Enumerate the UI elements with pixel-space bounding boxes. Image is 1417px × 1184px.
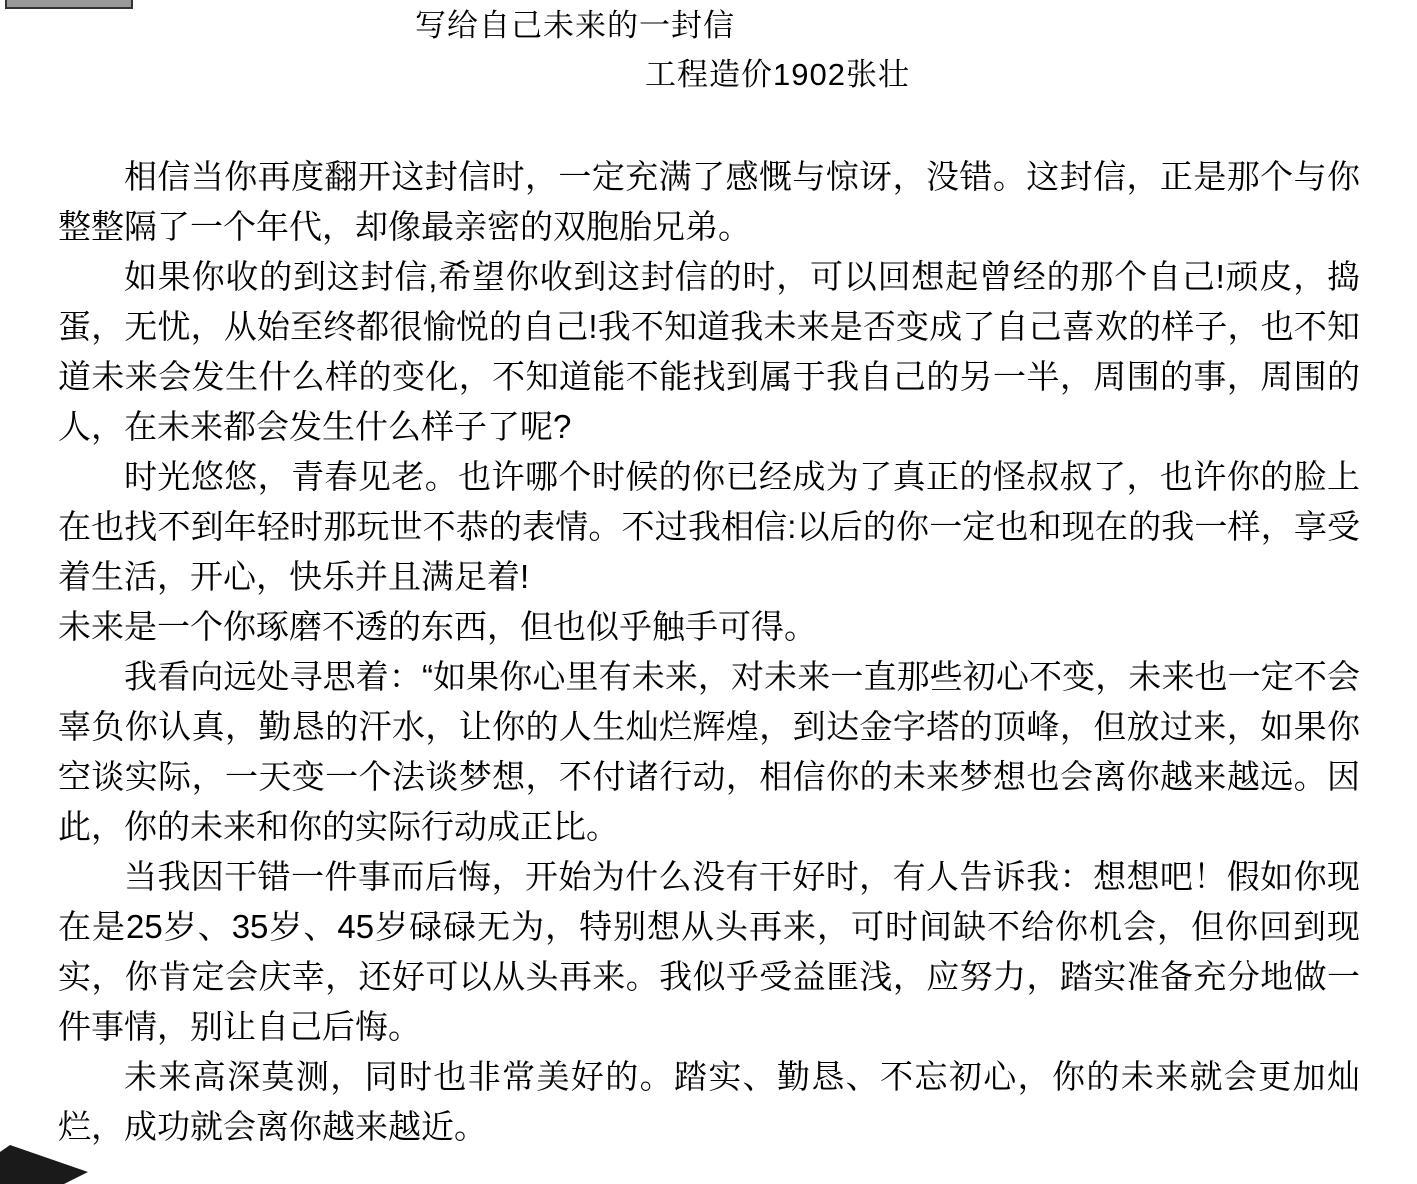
scan-artifact-top-left: [5, 0, 133, 9]
paragraph-1: 相信当你再度翻开这封信时，一定充满了感慨与惊讶，没错。这封信，正是那个与你整整隔…: [58, 152, 1360, 252]
paragraph-5: 我看向远处寻思着：“如果你心里有未来，对未来一直那些初心不变，未来也一定不会辜负…: [58, 652, 1360, 852]
paragraph-4: 未来是一个你琢磨不透的东西，但也似乎触手可得。: [58, 602, 1360, 652]
page-title: 写给自己未来的一封信: [415, 4, 735, 48]
paragraph-2: 如果你收的到这封信,希望你收到这封信的时，可以回想起曾经的那个自己!顽皮，捣蛋，…: [58, 252, 1360, 452]
document-page: 写给自己未来的一封信 工程造价1902张壮 相信当你再度翻开这封信时，一定充满了…: [0, 0, 1417, 1184]
scan-artifact-bottom-left: [0, 1140, 100, 1184]
author-byline: 工程造价1902张壮: [645, 53, 910, 97]
paragraph-3: 时光悠悠，青春见老。也许哪个时候的你已经成为了真正的怪叔叔了，也许你的脸上在也找…: [58, 452, 1360, 602]
letter-body: 相信当你再度翻开这封信时，一定充满了感慨与惊讶，没错。这封信，正是那个与你整整隔…: [58, 152, 1360, 1152]
paragraph-6: 当我因干错一件事而后悔，开始为什么没有干好时，有人告诉我：想想吧！假如你现在是2…: [58, 852, 1360, 1052]
paragraph-7: 未来高深莫测，同时也非常美好的。踏实、勤恳、不忘初心，你的未来就会更加灿烂，成功…: [58, 1052, 1360, 1152]
